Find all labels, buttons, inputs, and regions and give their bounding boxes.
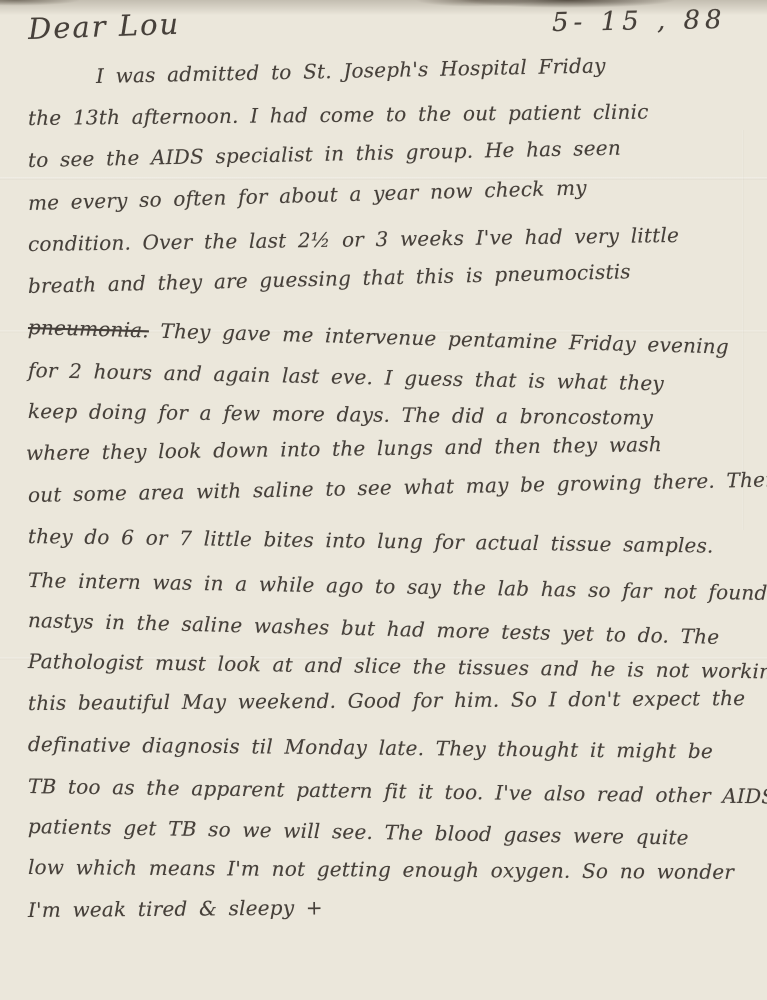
letter-line: they do 6 or 7 little bites into lung fo… — [28, 524, 714, 558]
letter-line: Pathologist must look at and slice the t… — [28, 649, 767, 684]
letter-line: I was admitted to St. Joseph's Hospital … — [96, 53, 606, 88]
letter-line: out some area with saline to see what ma… — [28, 467, 767, 507]
letter-line: pneumonia. They gave me intervenue penta… — [28, 315, 729, 359]
letter-page: 5- 15 , 88 Dear Lou I was admitted to St… — [0, 0, 767, 1000]
letter-line: definative diagnosis til Monday late. Th… — [28, 732, 713, 763]
fold-crease — [0, 177, 767, 180]
letter-line: I'm weak tired & sleepy + — [28, 895, 323, 922]
letter-line: The intern was in a while ago to say the… — [28, 568, 767, 606]
struck-word: pneumonia. — [28, 315, 150, 342]
letter-line: for 2 hours and again last eve. I guess … — [28, 358, 664, 395]
letter-line: low which means I'm not getting enough o… — [28, 855, 734, 884]
letter-line: keep doing for a few more days. The did … — [28, 399, 653, 430]
letter-line: me every so often for about a year now c… — [28, 175, 587, 215]
letter-line-text: They gave me intervenue pentamine Friday… — [149, 318, 730, 358]
letter-line: this beautiful May weekend. Good for him… — [28, 686, 745, 715]
letter-line: where they look down into the lungs and … — [26, 432, 662, 465]
letter-line: nastys in the saline washes but had more… — [28, 608, 720, 649]
letter-line: TB too as the apparent pattern fit it to… — [28, 774, 767, 808]
letter-line: patients get TB so we will see. The bloo… — [28, 814, 689, 850]
letter-line: condition. Over the last 2½ or 3 weeks I… — [28, 223, 679, 256]
letter-line: to see the AIDS specialist in this group… — [28, 136, 621, 172]
scan-edge-shadow — [0, 0, 767, 18]
letter-line: the 13th afternoon. I had come to the ou… — [28, 100, 649, 130]
letter-line: breath and they are guessing that this i… — [28, 259, 631, 298]
